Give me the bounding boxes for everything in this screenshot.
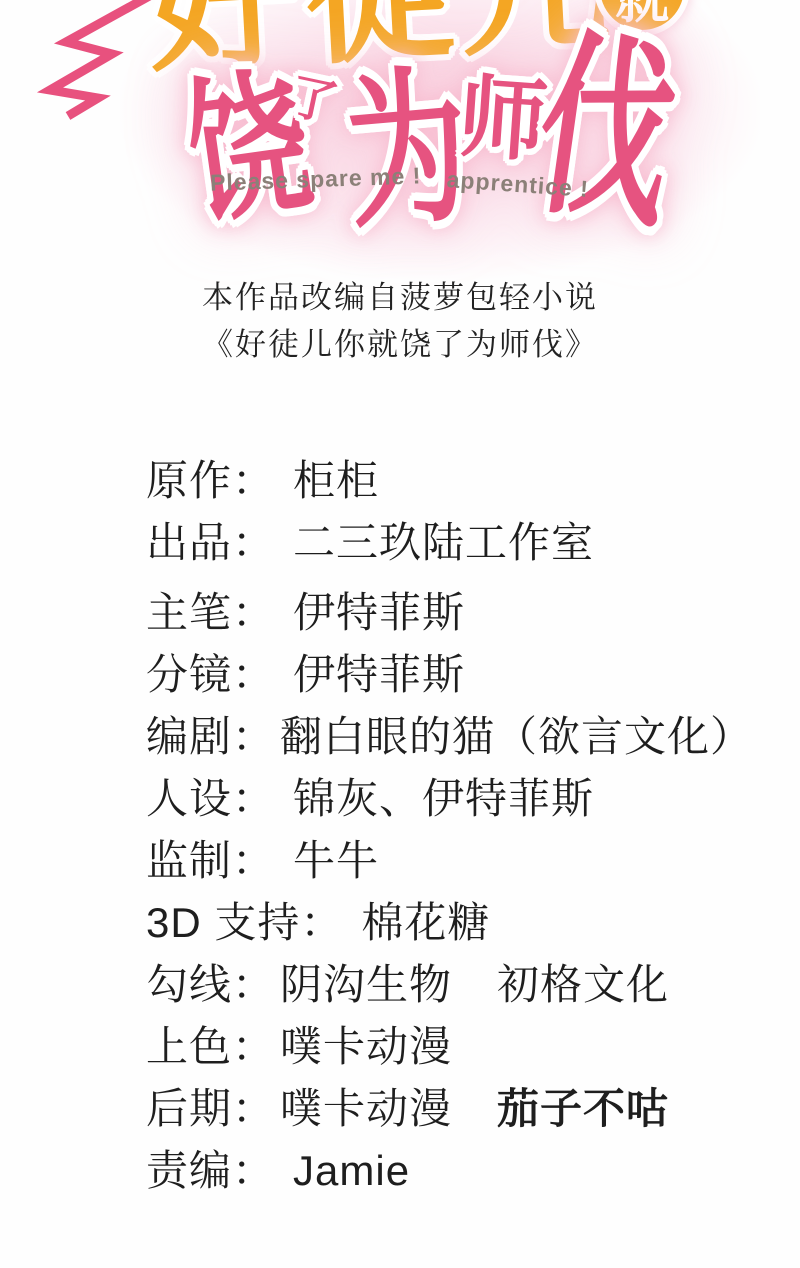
credit-value: 伊特菲斯 — [293, 651, 465, 698]
credit-value: 二三玖陆工作室 — [293, 519, 594, 566]
credit-value-secondary: 茄子不咕 — [497, 1085, 669, 1132]
adaptation-line-1: 本作品改编自菠萝包轻小说 — [0, 274, 800, 321]
credit-row-producer: 出品：二三玖陆工作室 — [146, 512, 766, 574]
credit-label: 后期： — [146, 1085, 275, 1132]
subtitle-left: Please spare me ! — [210, 162, 422, 196]
credit-label: 监制： — [146, 837, 275, 884]
credit-row-post-production: 后期：噗卡动漫茄子不咕 — [146, 1078, 766, 1140]
credit-label: 3D 支持： — [146, 899, 343, 946]
credit-value: 阴沟生物 — [280, 961, 452, 1008]
credit-row-line-art: 勾线：阴沟生物初格文化 — [146, 954, 766, 1016]
credit-row-character-design: 人设：锦灰、伊特菲斯 — [146, 768, 766, 830]
pink-char: 了 — [285, 73, 342, 130]
title-pink-text: 饶 了 为 师 伐 — [178, 50, 686, 182]
burst-zigzag-icon — [28, 0, 168, 129]
credit-label: 主笔： — [146, 589, 275, 636]
credit-row-coloring: 上色：噗卡动漫 — [146, 1016, 766, 1078]
credit-label: 责编： — [146, 1147, 275, 1194]
credit-label: 勾线： — [146, 961, 275, 1008]
credit-row-screenwriter: 编剧：翻白眼的猫（欲言文化） — [146, 706, 766, 768]
credit-value: 锦灰、伊特菲斯 — [293, 775, 594, 822]
credit-row-storyboard: 分镜：伊特菲斯 — [146, 644, 766, 706]
credit-value: 柜柜 — [293, 457, 379, 504]
credit-row-lead-artist: 主笔：伊特菲斯 — [146, 582, 766, 644]
credit-value: 翻白眼的猫（欲言文化） — [280, 713, 753, 760]
pink-char: 为 — [340, 62, 474, 240]
credit-label: 编剧： — [146, 713, 275, 760]
adaptation-line-2: 《好徒儿你就饶了为师伐》 — [0, 321, 800, 368]
credit-value: 牛牛 — [293, 837, 379, 884]
credit-value: Jamie — [293, 1147, 410, 1194]
credit-label: 原作： — [146, 457, 275, 504]
adaptation-note: 本作品改编自菠萝包轻小说 《好徒儿你就饶了为师伐》 — [0, 274, 800, 368]
credit-label: 上色： — [146, 1023, 275, 1070]
credit-label: 分镜： — [146, 651, 275, 698]
credit-row-editor: 责编：Jamie — [146, 1140, 766, 1202]
credit-label: 出品： — [146, 519, 275, 566]
credit-row-supervisor: 监制：牛牛 — [146, 830, 766, 892]
credits-list: 原作：柜柜 出品：二三玖陆工作室 主笔：伊特菲斯 分镜：伊特菲斯 编剧：翻白眼的… — [146, 450, 766, 1202]
credit-row-original-author: 原作：柜柜 — [146, 450, 766, 512]
credit-value: 棉花糖 — [361, 899, 490, 946]
credit-row-3d-support: 3D 支持：棉花糖 — [146, 892, 766, 954]
pink-char: 伐 — [527, 26, 685, 240]
title-subtitle: Please spare me ! apprentice ! — [0, 166, 800, 193]
credit-value: 噗卡动漫 — [280, 1085, 452, 1132]
credit-value-secondary: 初格文化 — [497, 961, 669, 1008]
credit-label: 人设： — [146, 775, 275, 822]
credit-value: 伊特菲斯 — [293, 589, 465, 636]
title-logo: 好徒儿 就 饶 了 为 师 伐 Please spare me ! appren… — [0, 0, 800, 280]
comic-credits-page: 好徒儿 就 饶 了 为 师 伐 Please spare me ! appren… — [0, 0, 800, 1268]
credit-value: 噗卡动漫 — [280, 1023, 452, 1070]
